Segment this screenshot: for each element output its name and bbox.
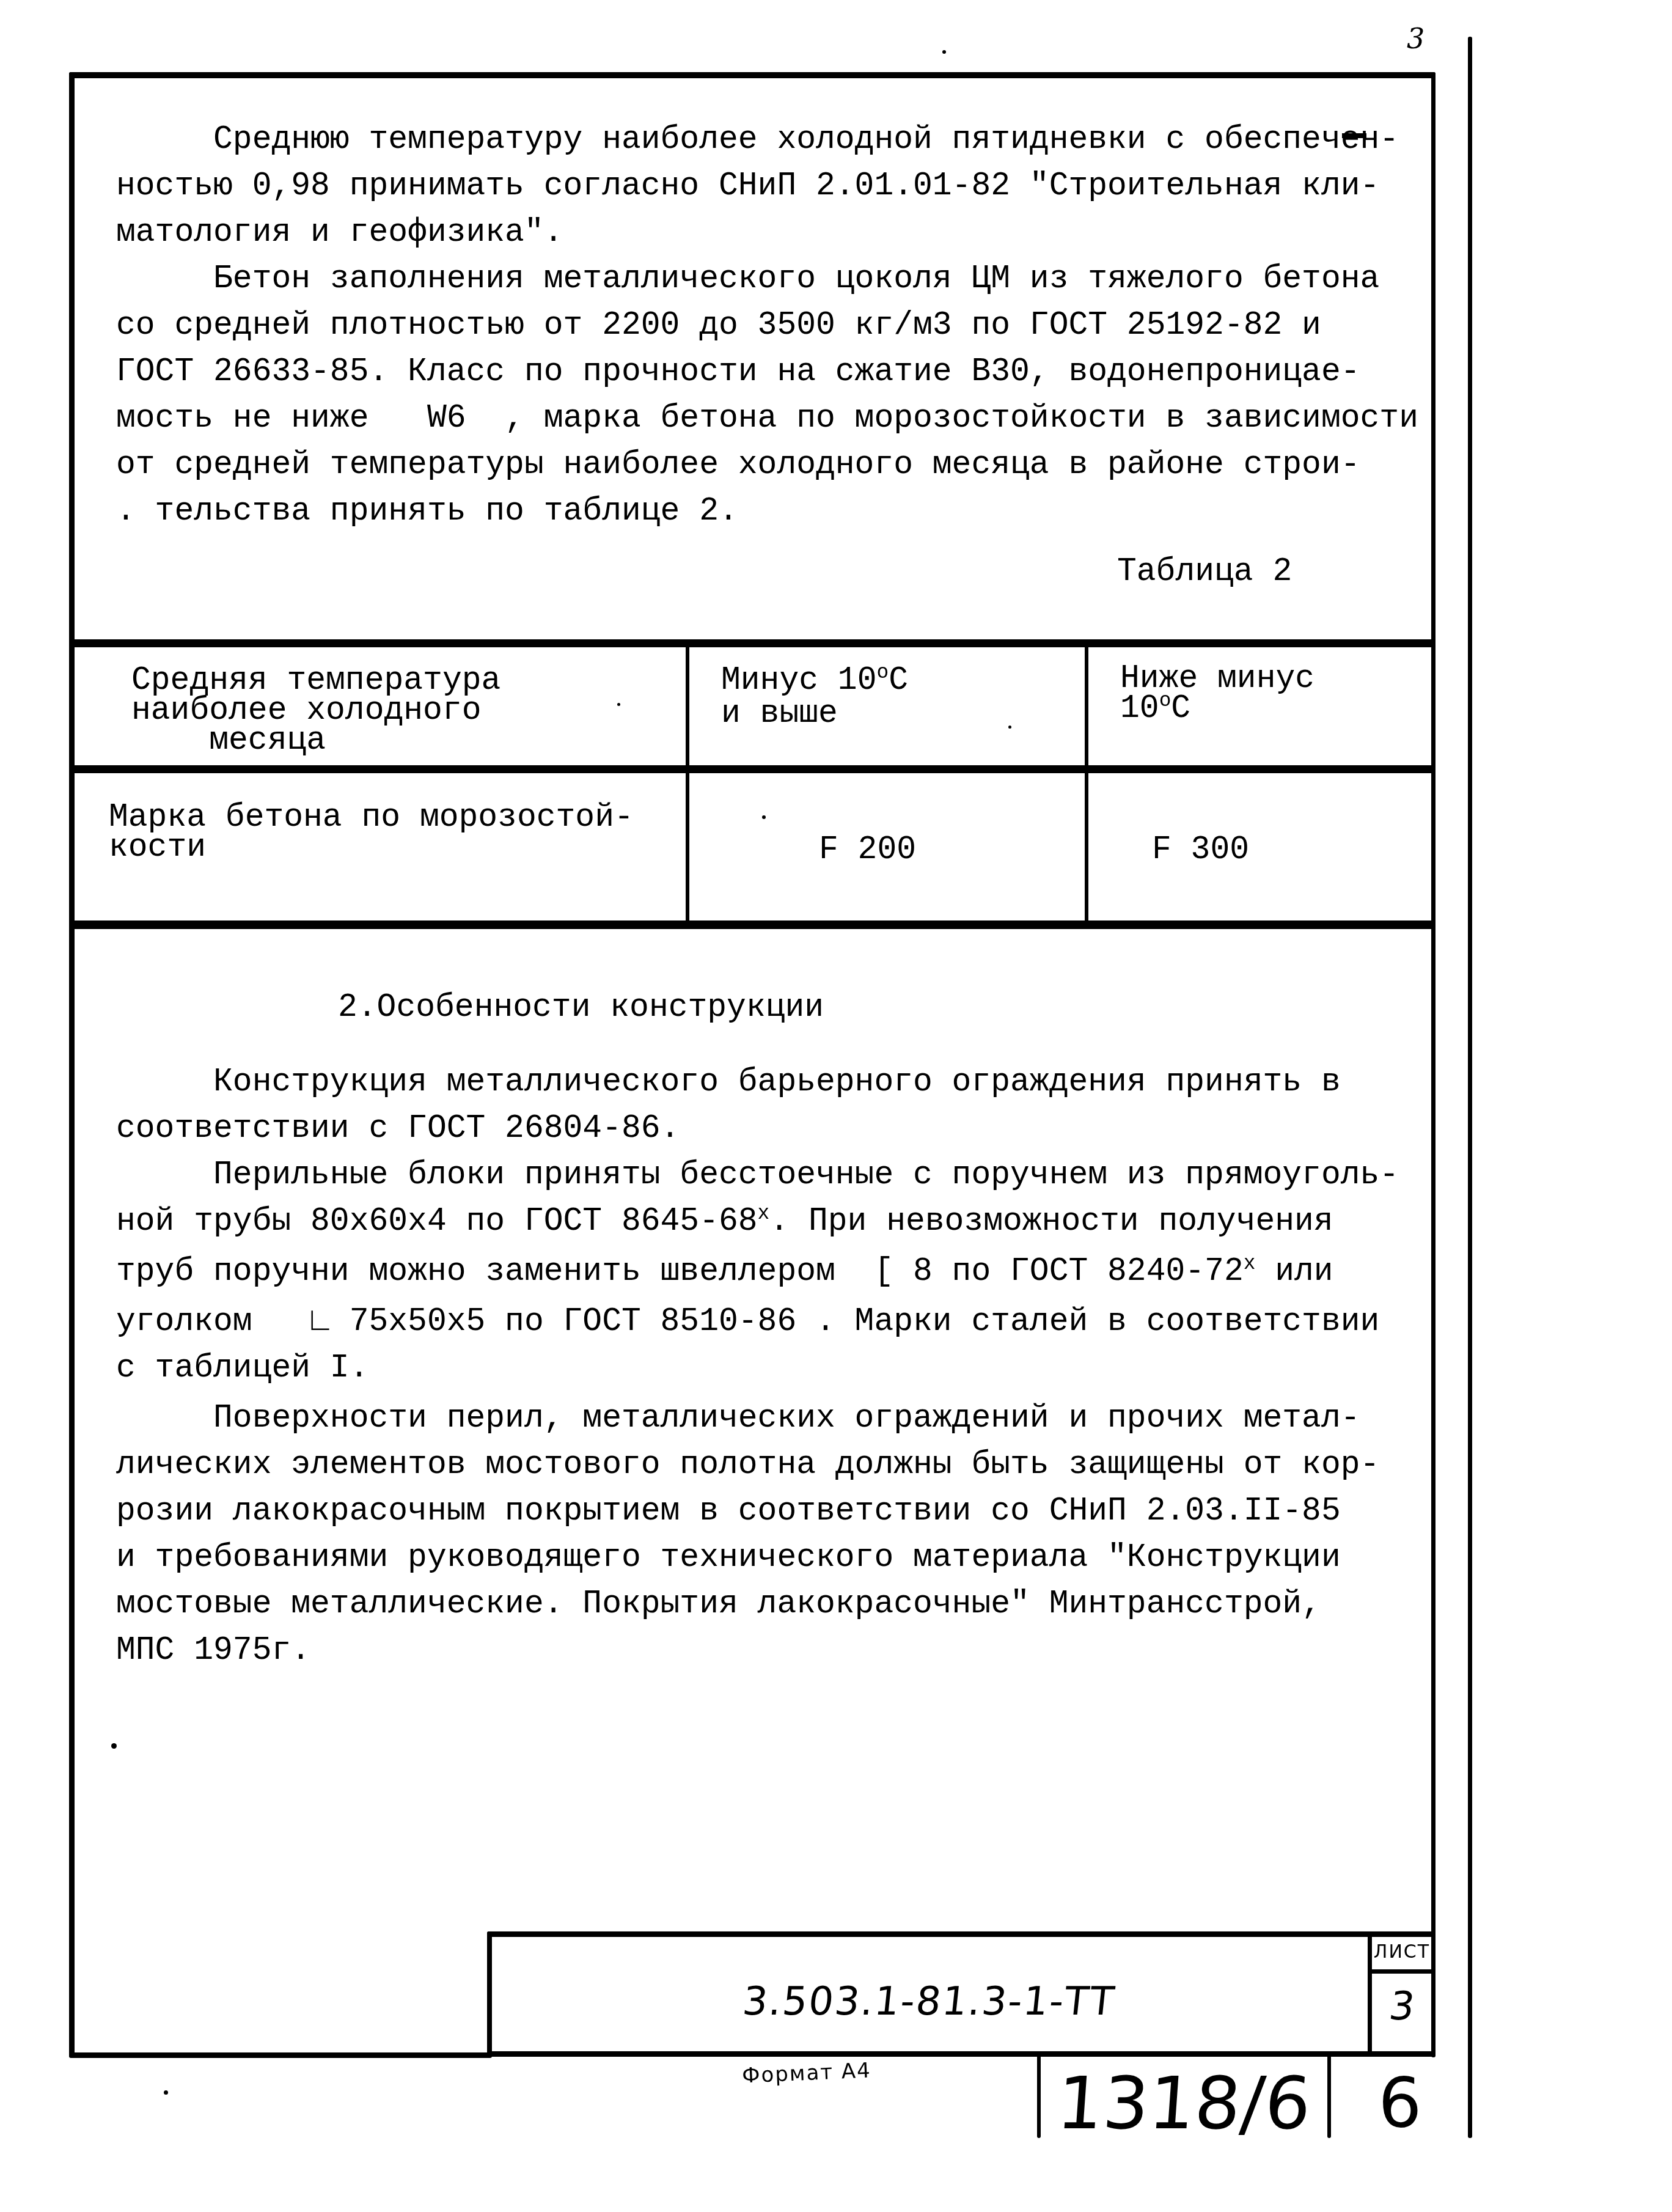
scan-noise-dot [164, 2090, 168, 2095]
sheet-number: 3 [1366, 1984, 1438, 2029]
titleblock-bottom-border [487, 2051, 1436, 2057]
titleblock-top-border [487, 1931, 1436, 1937]
table-caption: Таблица 2 [1117, 548, 1292, 595]
scan-noise-dot [942, 50, 946, 54]
paragraph-climate: Среднюю температуру наиболее холодной пя… [116, 116, 1399, 255]
frame-bottom-border [69, 2052, 492, 2058]
paragraph-concrete: Бетон заполнения металлического цоколя Ц… [116, 255, 1418, 534]
sheet-cell-separator [1368, 1969, 1436, 1974]
paragraph-corrosion-protection: Поверхности перил, металлических огражде… [116, 1395, 1379, 1674]
table-header-below-minus10: Ниже минус10оС [1120, 664, 1314, 727]
table-header-minus10-and-above: Минус 10оСи выше [721, 666, 908, 729]
sheet-edge-line [1468, 37, 1472, 2138]
paragraph-handrail-blocks: Перильные блоки приняты бесстоечные с по… [116, 1152, 1399, 1391]
count-number: 6 [1331, 2063, 1469, 2143]
scan-noise-dot [617, 703, 620, 706]
frame-left-border [69, 72, 75, 2057]
order-number: 1318/6 [1038, 2061, 1330, 2145]
table-column-divider-1 [686, 639, 689, 929]
scanned-page: 3 Среднюю температуру наиболее холодной … [0, 0, 1672, 2212]
sheet-label: ЛИСТ [1369, 1941, 1435, 1963]
format-note: Формат А4 [721, 2057, 892, 2089]
table-bottom-border [69, 920, 1436, 929]
table-row-label-frost-grade: Марка бетона по морозостой-кости [109, 803, 634, 862]
page-number: 3 [1407, 22, 1425, 55]
scan-noise-dash [1342, 133, 1366, 138]
document-number: 3.503.1-81.3-1-ТТ [490, 1979, 1368, 2024]
table-value-f300: F 300 [1152, 835, 1249, 865]
section-heading: 2.Особенности конструкции [338, 984, 824, 1031]
scan-noise-dot [111, 1743, 117, 1749]
frame-right-border [1431, 72, 1436, 2057]
table-top-border [69, 639, 1436, 647]
table-value-f200: F 200 [819, 835, 916, 865]
table-header-separator [69, 765, 1436, 773]
scan-noise-dot [762, 815, 766, 819]
titleblock-left-border [487, 1931, 492, 2057]
table-column-divider-2 [1085, 639, 1088, 929]
paragraph-guardrail: Конструкция металлического барьерного ог… [116, 1059, 1341, 1152]
scan-noise-dot [1008, 726, 1011, 729]
frame-top-border [69, 72, 1436, 78]
table-header-temperature: Средняя температуранаиболее холодного ме… [131, 666, 501, 755]
